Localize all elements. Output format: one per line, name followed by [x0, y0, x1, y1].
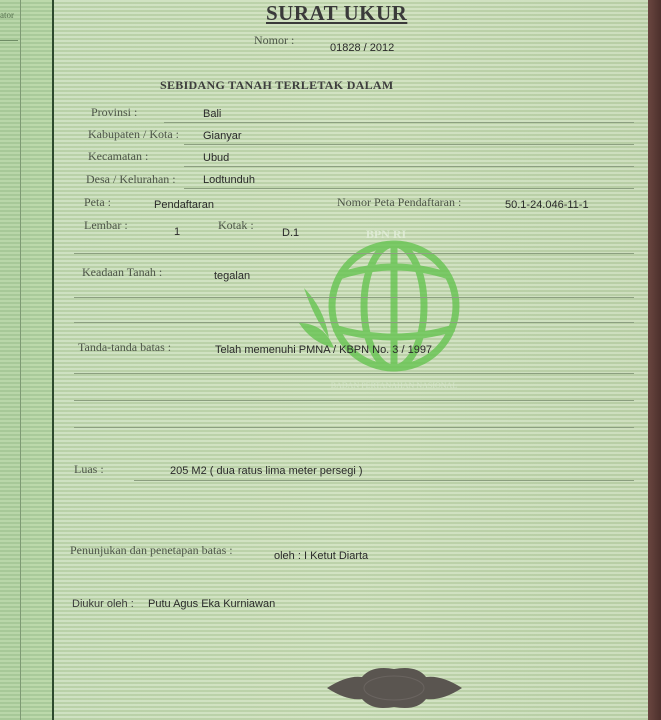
- keadaan-tanah-label: Keadaan Tanah :: [82, 265, 162, 280]
- peta-label: Peta :: [84, 195, 111, 210]
- embossed-seal-icon: [322, 663, 467, 713]
- kecamatan-value: Ubud: [203, 152, 229, 164]
- lembar-value: 1: [174, 226, 180, 238]
- divider: [74, 427, 634, 428]
- nomor-label: Nomor :: [254, 33, 294, 48]
- provinsi-label: Provinsi :: [91, 105, 137, 120]
- nomor-value: 01828 / 2012: [330, 42, 394, 54]
- peta-value: Pendaftaran: [154, 199, 214, 211]
- previous-page-edge: ator: [0, 0, 30, 720]
- divider: [74, 322, 634, 323]
- divider: [74, 400, 634, 401]
- nomor-peta-value: 50.1-24.046-11-1: [505, 199, 589, 211]
- luas-value: 205 M2 ( dua ratus lima meter persegi ): [170, 465, 363, 477]
- tanda-batas-value: Telah memenuhi PMNA / KBPN No. 3 / 1997: [215, 344, 432, 356]
- diukur-label: Diukur oleh :: [72, 598, 134, 610]
- kabupaten-value: Gianyar: [203, 130, 242, 142]
- left-page-edge-text: ator: [0, 10, 14, 20]
- provinsi-value: Bali: [203, 108, 221, 120]
- desa-label: Desa / Kelurahan :: [86, 172, 176, 187]
- svg-text:BADAN PERTANAHAN NASIONAL: BADAN PERTANAHAN NASIONAL: [331, 381, 458, 390]
- kabupaten-label: Kabupaten / Kota :: [88, 127, 179, 142]
- document-page: BPN RI BADAN PERTANAHAN NASIONAL SURAT U…: [54, 0, 652, 720]
- divider: [164, 122, 634, 123]
- penunjukan-label: Penunjukan dan penetapan batas :: [70, 543, 233, 558]
- luas-label: Luas :: [74, 462, 104, 477]
- nomor-peta-label: Nomor Peta Pendaftaran :: [337, 195, 461, 210]
- kotak-value: D.1: [282, 227, 299, 239]
- lembar-label: Lembar :: [84, 218, 128, 233]
- divider: [74, 373, 634, 374]
- svg-text:BPN RI: BPN RI: [366, 228, 407, 241]
- divider: [74, 253, 634, 254]
- keadaan-tanah-value: tegalan: [214, 270, 250, 282]
- table-background: [648, 0, 661, 720]
- penunjukan-value: oleh : I Ketut Diarta: [274, 550, 368, 562]
- tanda-batas-label: Tanda-tanda batas :: [78, 340, 171, 355]
- section-heading: SEBIDANG TANAH TERLETAK DALAM: [160, 78, 394, 93]
- desa-value: Lodtunduh: [203, 174, 255, 186]
- divider: [0, 40, 18, 41]
- booklet-spine: [30, 0, 54, 720]
- divider: [74, 297, 634, 298]
- divider: [134, 480, 634, 481]
- kotak-label: Kotak :: [218, 218, 254, 233]
- kecamatan-label: Kecamatan :: [88, 149, 148, 164]
- document-title: SURAT UKUR: [266, 1, 407, 26]
- divider: [184, 144, 634, 145]
- divider: [184, 166, 634, 167]
- divider: [20, 0, 21, 720]
- diukur-value: Putu Agus Eka Kurniawan: [148, 598, 275, 610]
- divider: [184, 188, 634, 189]
